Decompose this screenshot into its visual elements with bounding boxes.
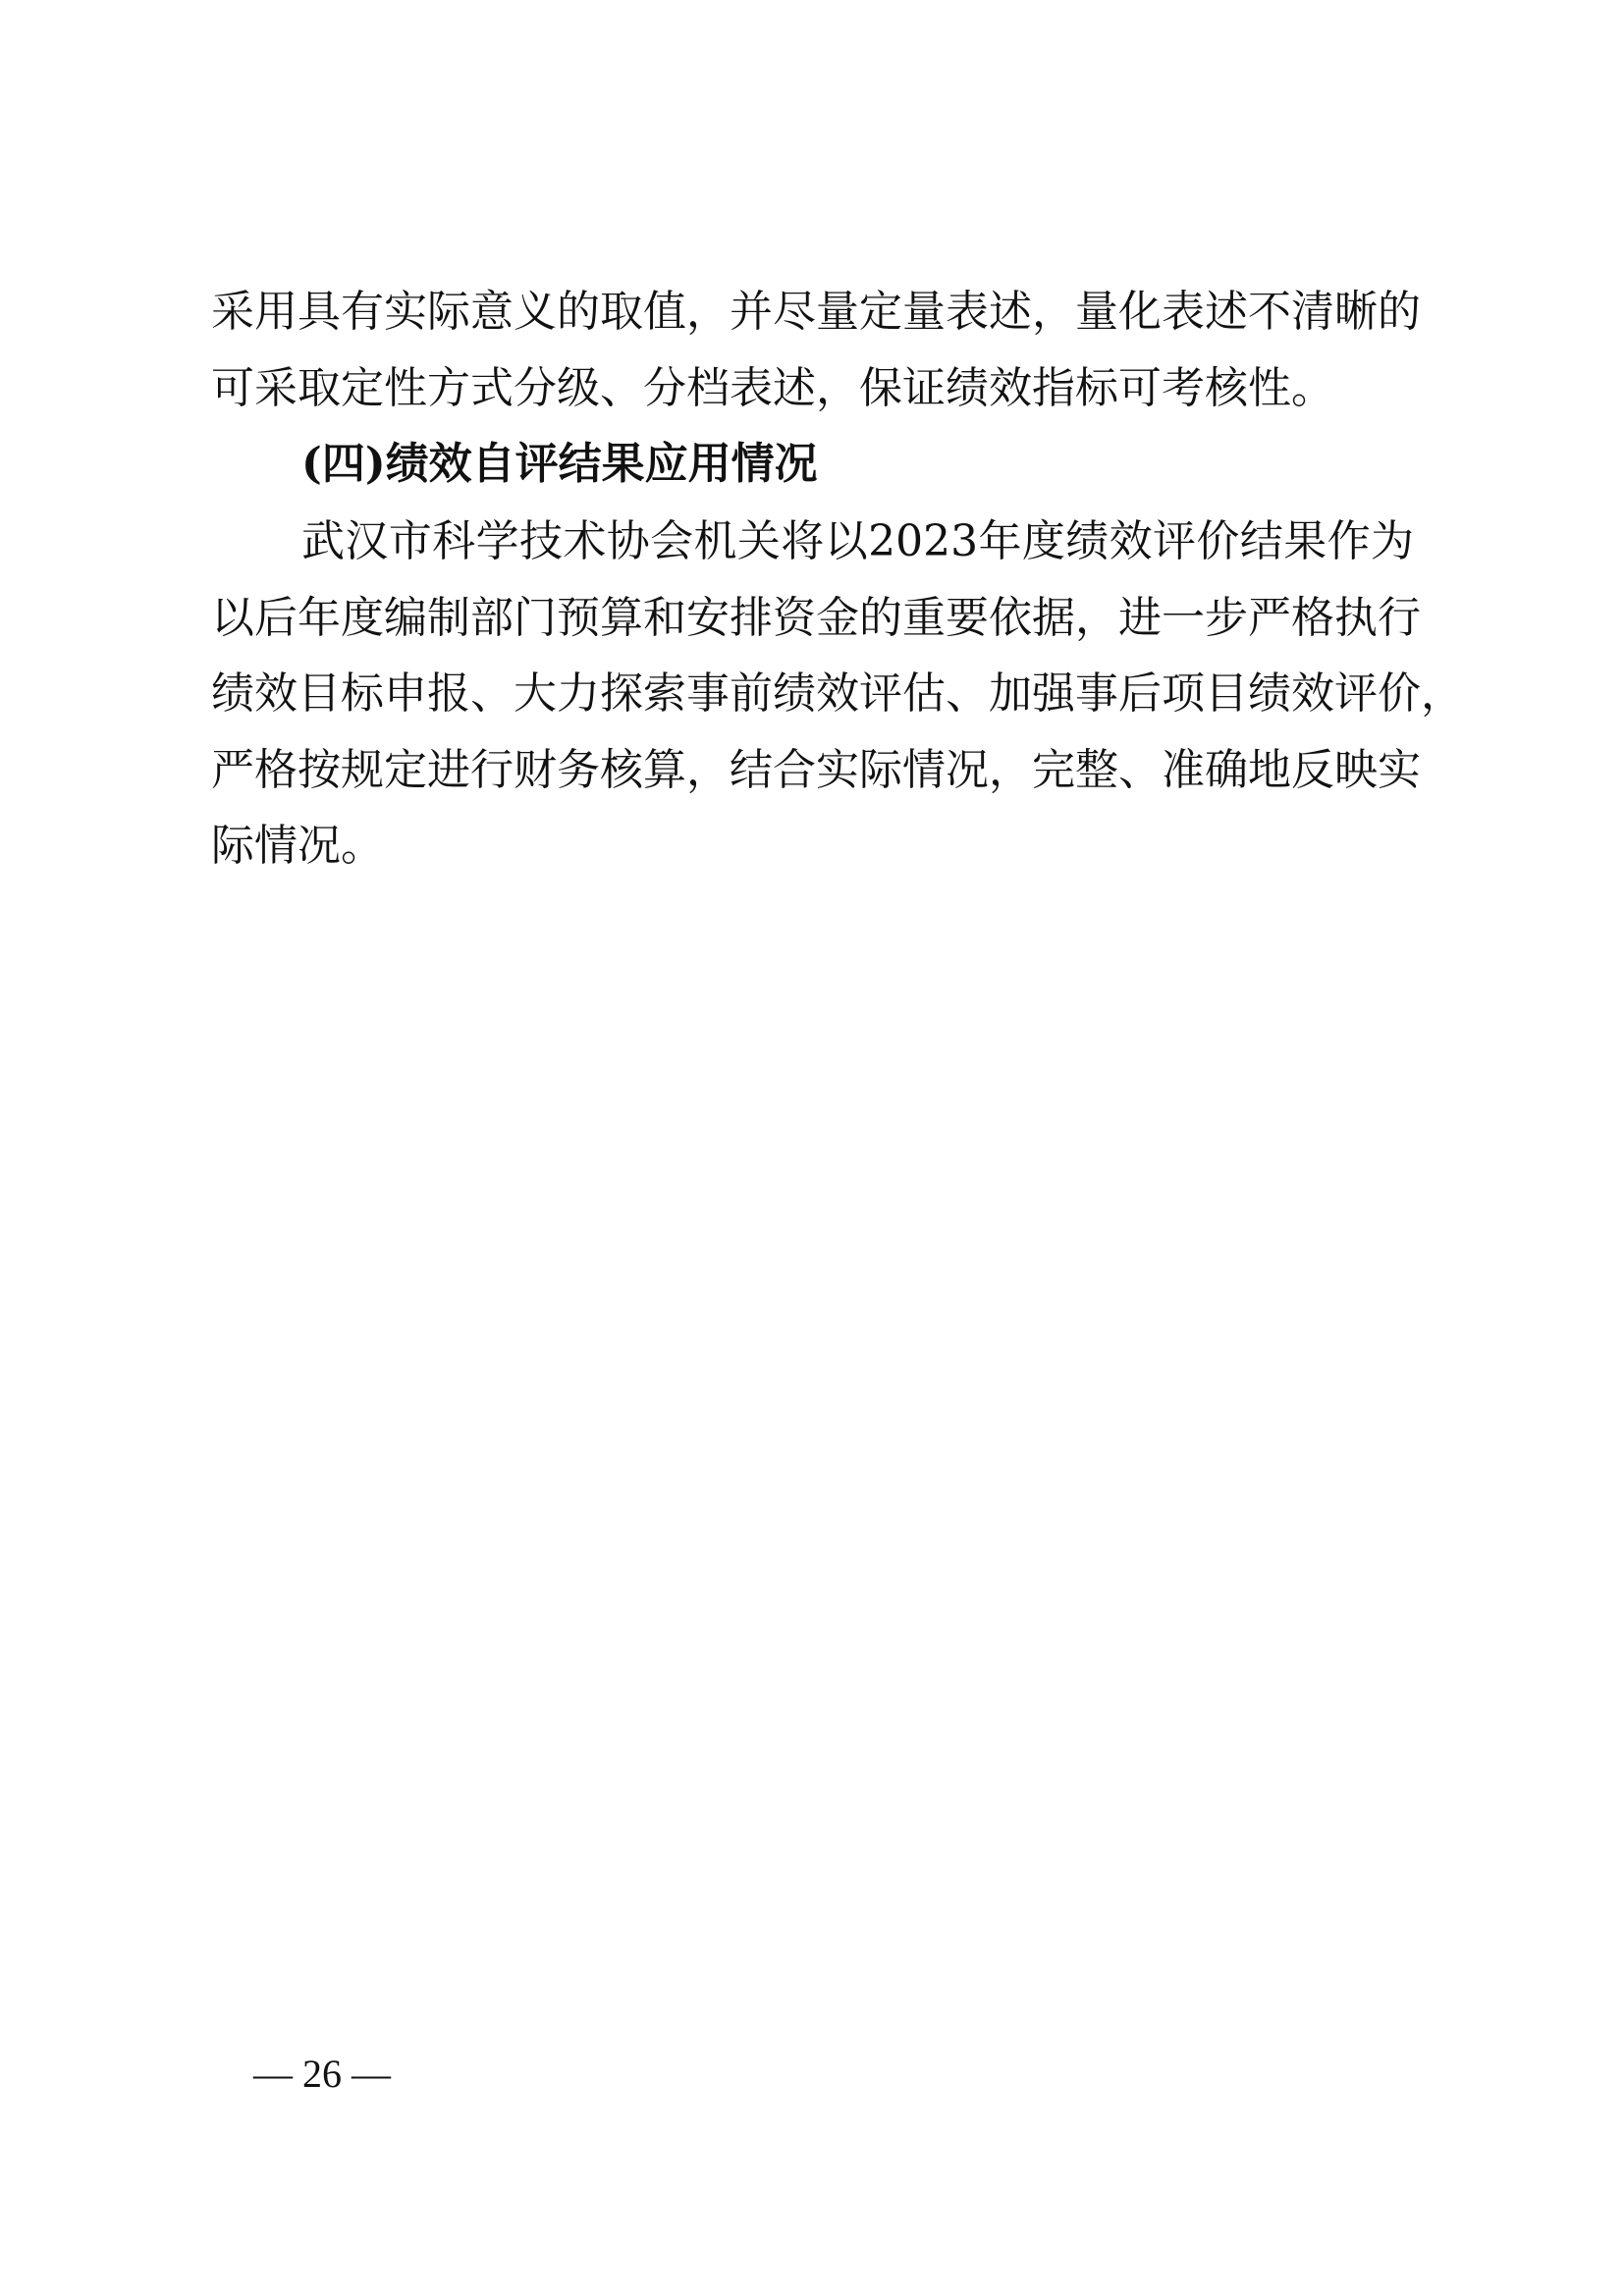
document-page: 采用具有实际意义的取值，并尽量定量表述，量化表述不清晰的 可采取定性方式分级、分…	[0, 0, 1624, 2296]
paragraph-line-2: 以后年度编制部门预算和安排资金的重要依据，进一步严格执行	[211, 580, 1414, 657]
page-number: — 26 —	[253, 2050, 410, 2099]
paragraph-line-5: 际情况。	[211, 808, 1414, 884]
paragraph-line-3: 绩效目标申报、大力探索事前绩效评估、加强事后项目绩效评价，	[211, 656, 1414, 732]
body-text-line-2: 可采取定性方式分级、分档表述，保证绩效指标可考核性。	[211, 350, 1414, 427]
body-text-line-1: 采用具有实际意义的取值，并尽量定量表述，量化表述不清晰的	[211, 274, 1414, 350]
paragraph-line-1: 武汉市科学技术协会机关将以2023年度绩效评价结果作为	[301, 504, 1414, 580]
section-heading: (四)绩效自评结果应用情况	[301, 426, 1414, 503]
paragraph-line-4: 严格按规定进行财务核算，结合实际情况，完整、准确地反映实	[211, 732, 1414, 809]
